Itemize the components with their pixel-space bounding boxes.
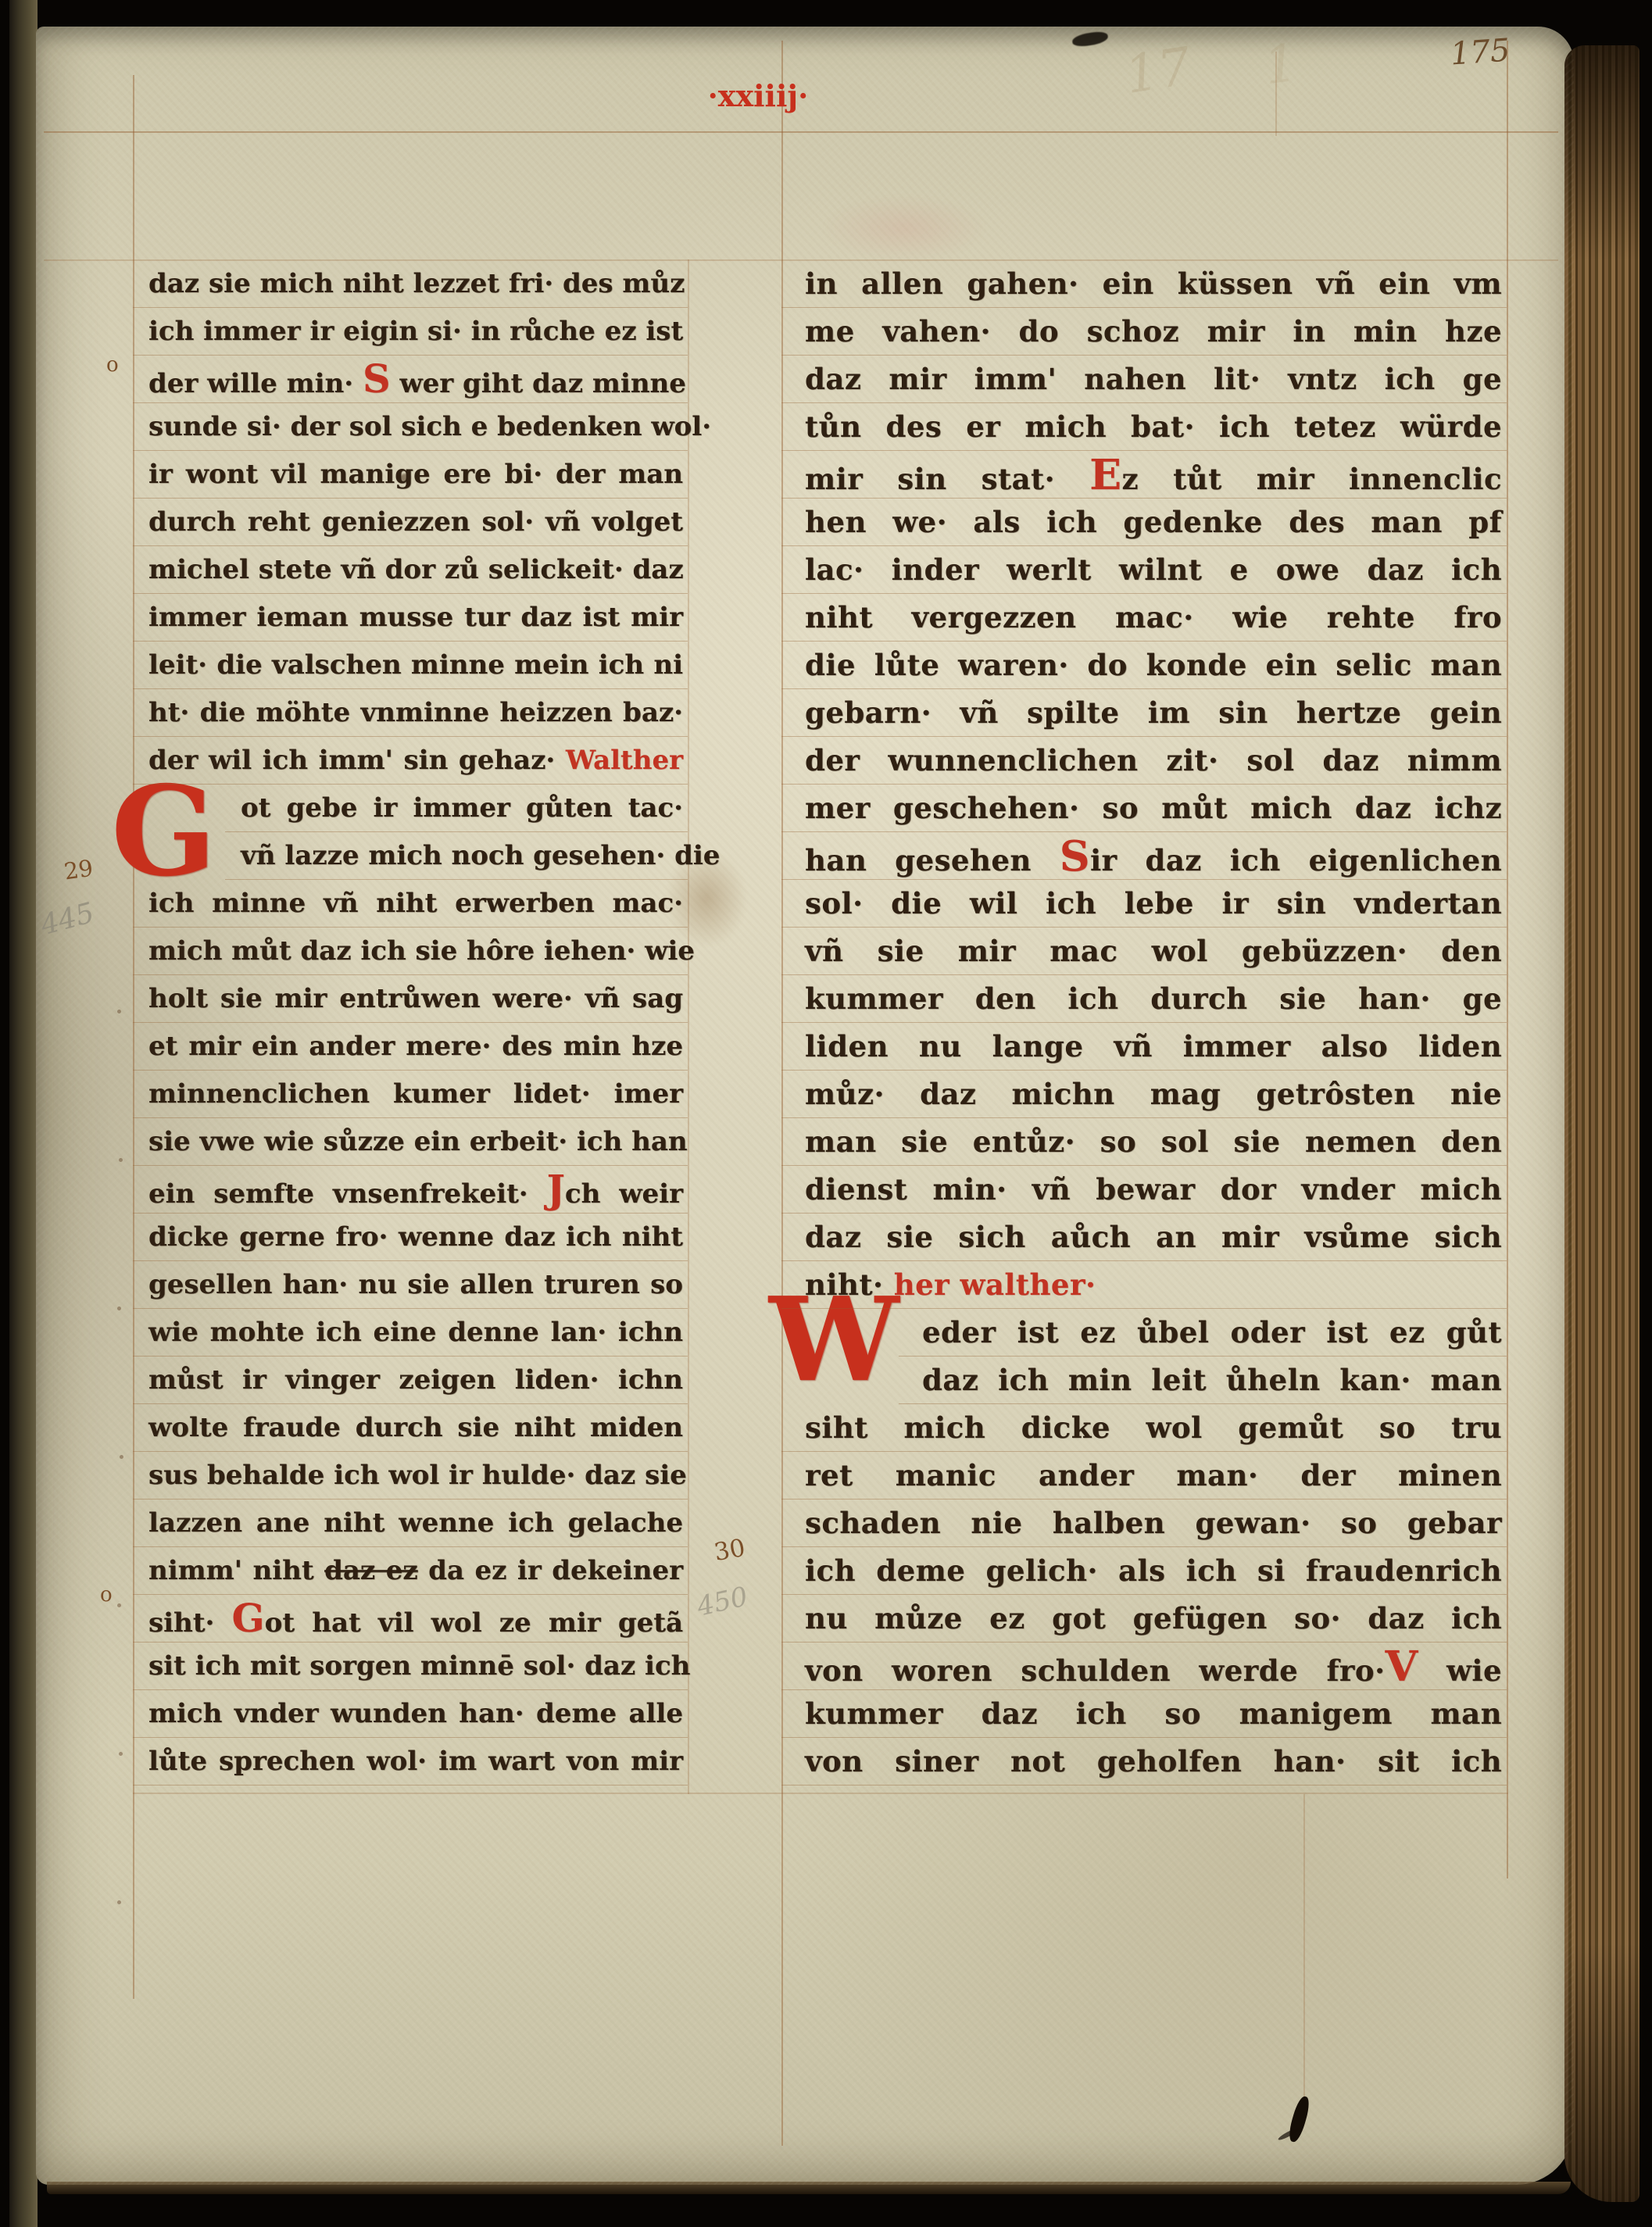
pink-offset-smudge xyxy=(822,195,986,261)
text-segment: die lůte waren· do konde ein selic man xyxy=(805,648,1502,682)
text-segment: mich vnder wunden han· deme alle xyxy=(148,1698,683,1729)
text-line: můz· daz michn mag getrôsten nie xyxy=(781,1071,1507,1118)
text-segment: lazzen ane niht wenne ich gelache xyxy=(148,1507,683,1539)
folio-number: 175 xyxy=(1449,32,1511,72)
text-line: schaden nie halben gewan· so gebar xyxy=(781,1500,1507,1547)
text-line: leit· die valschen minne mein ich ni xyxy=(133,642,688,689)
text-line: der wille min· S wer giht daz minne xyxy=(133,356,688,403)
text-line: durch reht geniezzen sol· vñ volget xyxy=(133,499,688,546)
text-line: siht· Got hat vil wol ze mir getã xyxy=(133,1595,688,1643)
text-segment: vñ lazze mich noch gesehen· die xyxy=(241,840,720,871)
text-line: et mir ein ander mere· des min hze xyxy=(133,1023,688,1071)
text-line: der wil ich imm' sin gehaz· Walther xyxy=(133,737,688,785)
text-segment: vñ sie mir mac wol gebüzzen· den xyxy=(805,934,1502,968)
chapter-heading: ·xxiiij· xyxy=(688,78,828,113)
text-segment: durch reht geniezzen sol· vñ volget xyxy=(148,506,683,538)
text-line: hen we· als ich gedenke des man pf xyxy=(781,499,1507,546)
text-line: sunde si· der sol sich e bedenken wol· xyxy=(133,403,688,451)
text-segment: der wille min· xyxy=(148,368,363,399)
text-segment: liden nu lange vñ immer also liden xyxy=(805,1029,1502,1063)
text-line: daz ich min leit ůheln kan· man xyxy=(899,1357,1507,1404)
text-line: immer ieman musse tur daz ist mir xyxy=(133,594,688,642)
pricking-dot xyxy=(117,1307,121,1310)
text-line: sol· die wil ich lebe ir sin vndertan xyxy=(781,880,1507,928)
text-line: nimm' niht daz ez da ez ir dekeiner xyxy=(133,1547,688,1595)
pricking-dot xyxy=(117,1900,121,1904)
text-segment: der wil ich imm' sin gehaz· xyxy=(148,745,566,776)
text-line: wolte fraude durch sie niht miden xyxy=(133,1404,688,1452)
text-segment: z tůt mir innenclic xyxy=(1122,462,1503,496)
ruling-line-col1-right-vertical xyxy=(688,259,689,1794)
text-line: minnenclichen kumer lidet· imer xyxy=(133,1071,688,1118)
text-line: lazzen ane niht wenne ich gelache xyxy=(133,1500,688,1547)
text-line: mer geschehen· so můt mich daz ichz xyxy=(781,785,1507,832)
text-segment: ich immer ir eigin si· in růche ez ist xyxy=(148,316,683,347)
text-line: mir sin stat· Ez tůt mir innenclic xyxy=(781,451,1507,499)
pricking-dot xyxy=(117,1010,121,1013)
inline-initial: J xyxy=(547,1167,565,1212)
text-line: me vahen· do schoz mir in min hze xyxy=(781,308,1507,356)
text-segment: niht vergezzen mac· wie rehte fro xyxy=(805,600,1502,634)
text-segment: mer geschehen· so můt mich daz ichz xyxy=(805,791,1502,825)
text-segment: niht· xyxy=(805,1267,894,1302)
text-segment: sus behalde ich wol ir hulde· daz sie xyxy=(148,1460,687,1491)
text-segment: ht· die möhte vnminne heizzen baz· xyxy=(148,697,683,728)
text-line: dienst min· vñ bewar dor vnder mich xyxy=(781,1166,1507,1214)
text-line: ich deme gelich· als ich si fraudenrich xyxy=(781,1547,1507,1595)
text-segment: schaden nie halben gewan· so gebar xyxy=(805,1506,1502,1540)
text-segment: wie xyxy=(1418,1653,1502,1688)
text-line: mich vnder wunden han· deme alle xyxy=(133,1690,688,1738)
text-line: dicke gerne fro· wenne daz ich niht xyxy=(133,1214,688,1261)
inline-initial: V xyxy=(1386,1642,1418,1691)
text-line: ich minne vñ niht erwerben mac· xyxy=(133,880,688,928)
text-segment: immer ieman musse tur daz ist mir xyxy=(148,602,683,633)
text-segment: in allen gahen· ein küssen vñ ein vm xyxy=(805,266,1502,301)
ruling-line-top xyxy=(44,131,1558,133)
text-segment: han gesehen xyxy=(805,843,1060,878)
rubric-text: her walther· xyxy=(894,1267,1096,1302)
text-line: sit ich mit sorgen minnē sol· daz ich xyxy=(133,1643,688,1690)
pricking-dot xyxy=(117,1603,121,1607)
text-segment: minnenclichen kumer lidet· imer xyxy=(148,1078,683,1110)
text-segment: ein semfte vnsenfrekeit· xyxy=(148,1178,547,1210)
text-line: michel stete vñ dor zů selickeit· daz xyxy=(133,546,688,594)
text-segment: ich minne vñ niht erwerben mac· xyxy=(148,888,683,919)
ruling-line-lower-fragment xyxy=(1303,1794,1305,2104)
text-segment: kummer daz ich so manigem man xyxy=(805,1696,1502,1731)
inline-initial: S xyxy=(363,356,391,402)
ghost-offset-number: 17 xyxy=(1121,36,1195,105)
text-line: můst ir vinger zeigen liden· ichn xyxy=(133,1357,688,1404)
book-fore-edge xyxy=(1564,45,1639,2202)
rubric-text: Walther xyxy=(566,745,683,776)
text-column-right: in allen gahen· ein küssen vñ ein vmme v… xyxy=(781,260,1507,1786)
page-bottom-edge xyxy=(47,2182,1571,2194)
text-line: sus behalde ich wol ir hulde· daz sie xyxy=(133,1452,688,1500)
text-segment: wer giht daz minne xyxy=(391,368,686,399)
text-line: kummer daz ich so manigem man xyxy=(781,1690,1507,1738)
text-line: kummer den ich durch sie han· ge xyxy=(781,975,1507,1023)
text-segment: nimm' niht xyxy=(148,1555,324,1586)
text-segment: von siner not geholfen han· sit ich xyxy=(805,1744,1502,1778)
margin-strophe-number: 30 xyxy=(712,1534,747,1567)
struck-text: daz ez xyxy=(324,1555,418,1586)
text-segment: tůn des er mich bat· ich tetez würde xyxy=(805,409,1502,444)
text-segment: der wunnenclichen zit· sol daz nimm xyxy=(805,743,1502,777)
manuscript-photo: ·xxiiij· 175 17 1 o 29 445 o 30 450 G W … xyxy=(0,0,1652,2227)
text-line: gebarn· vñ spilte im sin hertze gein xyxy=(781,689,1507,737)
text-segment: ir daz ich eigenlichen xyxy=(1090,843,1502,878)
text-line: die lůte waren· do konde ein selic man xyxy=(781,642,1507,689)
text-segment: wie mohte ich eine denne lan· ichn xyxy=(148,1317,683,1348)
text-line: gesellen han· nu sie allen truren so xyxy=(133,1261,688,1309)
ruling-line-col2-right-vertical xyxy=(1507,41,1508,1878)
text-line: eder ist ez ůbel oder ist ez gůt xyxy=(899,1309,1507,1357)
text-segment: lůte sprechen wol· im wart von mir xyxy=(148,1746,683,1777)
text-segment: gesellen han· nu sie allen truren so xyxy=(148,1269,683,1300)
text-segment: ch weir xyxy=(565,1178,683,1210)
text-line: in allen gahen· ein küssen vñ ein vm xyxy=(781,260,1507,308)
inline-initial: E xyxy=(1089,450,1121,499)
text-line: daz sie sich aůch an mir vsůme sich xyxy=(781,1214,1507,1261)
text-segment: sie vwe wie sůzze ein erbeit· ich han xyxy=(148,1126,688,1157)
text-line: lůte sprechen wol· im wart von mir xyxy=(133,1738,688,1786)
text-segment: michel stete vñ dor zů selickeit· daz xyxy=(148,554,684,585)
text-line: von siner not geholfen han· sit ich xyxy=(781,1738,1507,1786)
text-line: vñ lazze mich noch gesehen· die xyxy=(225,832,688,880)
inline-initial: G xyxy=(232,1596,265,1641)
text-segment: von woren schulden werde fro· xyxy=(805,1653,1386,1688)
text-segment: mich můt daz ich sie hôre iehen· wie xyxy=(148,935,695,967)
text-line: niht vergezzen mac· wie rehte fro xyxy=(781,594,1507,642)
text-segment: daz sie sich aůch an mir vsůme sich xyxy=(805,1220,1502,1254)
text-line: sie vwe wie sůzze ein erbeit· ich han xyxy=(133,1118,688,1166)
text-line: ht· die möhte vnminne heizzen baz· xyxy=(133,689,688,737)
text-segment: mir sin stat· xyxy=(805,462,1089,496)
pricking-dot xyxy=(120,1455,123,1459)
text-line: holt sie mir entrůwen were· vñ sag xyxy=(133,975,688,1023)
text-segment: můst ir vinger zeigen liden· ichn xyxy=(148,1364,683,1396)
text-line: von woren schulden werde fro·V wie xyxy=(781,1643,1507,1690)
text-line: siht mich dicke wol gemůt so tru xyxy=(781,1404,1507,1452)
text-line: ret manic ander man· der minen xyxy=(781,1452,1507,1500)
text-segment: ret manic ander man· der minen xyxy=(805,1458,1502,1492)
text-segment: daz mir imm' nahen lit· vntz ich ge xyxy=(805,362,1502,396)
text-segment: daz ich min leit ůheln kan· man xyxy=(922,1363,1502,1397)
text-line: der wunnenclichen zit· sol daz nimm xyxy=(781,737,1507,785)
text-segment: sit ich mit sorgen minnē sol· daz ich xyxy=(148,1650,690,1682)
text-segment: můz· daz michn mag getrôsten nie xyxy=(805,1077,1502,1111)
text-column-left: daz sie mich niht lezzet fri· des můzich… xyxy=(133,260,688,1786)
text-segment: nu můze ez got gefügen so· daz ich xyxy=(805,1601,1502,1635)
text-segment: dienst min· vñ bewar dor vnder mich xyxy=(805,1172,1502,1206)
text-segment: ich deme gelich· als ich si fraudenrich xyxy=(805,1553,1502,1588)
margin-strophe-number: 29 xyxy=(63,855,95,885)
text-segment: lac· inder werlt wilnt e owe daz ich xyxy=(805,552,1502,587)
margin-paragraph-mark: o xyxy=(106,353,119,377)
text-segment: dicke gerne fro· wenne daz ich niht xyxy=(148,1221,683,1253)
text-line: wie mohte ich eine denne lan· ichn xyxy=(133,1309,688,1357)
text-segment: daz sie mich niht lezzet fri· des můz xyxy=(148,268,685,299)
text-line: tůn des er mich bat· ich tetez würde xyxy=(781,403,1507,451)
text-segment: da ez ir dekeiner xyxy=(418,1555,683,1586)
text-line: daz mir imm' nahen lit· vntz ich ge xyxy=(781,356,1507,403)
text-segment: siht· xyxy=(148,1607,232,1639)
text-line: ein semfte vnsenfrekeit· Jch weir xyxy=(133,1166,688,1214)
text-segment: ot hat vil wol ze mir getã xyxy=(265,1607,683,1639)
text-line: nu můze ez got gefügen so· daz ich xyxy=(781,1595,1507,1643)
text-line: man sie entůz· so sol sie nemen den xyxy=(781,1118,1507,1166)
text-segment: ir wont vil manige ere bi· der man xyxy=(148,459,683,490)
text-line: ir wont vil manige ere bi· der man xyxy=(133,451,688,499)
text-segment: gebarn· vñ spilte im sin hertze gein xyxy=(805,695,1502,730)
text-line: daz sie mich niht lezzet fri· des můz xyxy=(133,260,688,308)
text-segment: sol· die wil ich lebe ir sin vndertan xyxy=(805,886,1502,920)
text-segment: holt sie mir entrůwen were· vñ sag xyxy=(148,983,683,1014)
text-line: niht· her walther· xyxy=(781,1261,1507,1309)
text-segment: me vahen· do schoz mir in min hze xyxy=(805,314,1502,349)
text-segment: man sie entůz· so sol sie nemen den xyxy=(805,1124,1502,1159)
text-line: liden nu lange vñ immer also liden xyxy=(781,1023,1507,1071)
text-segment: leit· die valschen minne mein ich ni xyxy=(148,649,683,681)
pricking-dot xyxy=(119,1158,123,1162)
text-segment: ot gebe ir immer gůten tac· xyxy=(241,792,683,824)
inline-initial: S xyxy=(1060,831,1090,881)
text-segment: kummer den ich durch sie han· ge xyxy=(805,981,1502,1016)
text-line: ot gebe ir immer gůten tac· xyxy=(225,785,688,832)
text-line: lac· inder werlt wilnt e owe daz ich xyxy=(781,546,1507,594)
text-line: ich immer ir eigin si· in růche ez ist xyxy=(133,308,688,356)
pricking-dot xyxy=(119,1752,123,1756)
gutter-page-edge xyxy=(9,0,38,2227)
text-line: vñ sie mir mac wol gebüzzen· den xyxy=(781,928,1507,975)
text-line: mich můt daz ich sie hôre iehen· wie xyxy=(133,928,688,975)
text-segment: et mir ein ander mere· des min hze xyxy=(148,1031,683,1062)
margin-paragraph-mark: o xyxy=(100,1583,113,1607)
text-segment: siht mich dicke wol gemůt so tru xyxy=(805,1410,1502,1445)
text-segment: hen we· als ich gedenke des man pf xyxy=(805,505,1502,539)
text-segment: eder ist ez ůbel oder ist ez gůt xyxy=(922,1315,1502,1349)
text-line: han gesehen Sir daz ich eigenlichen xyxy=(781,832,1507,880)
text-segment: sunde si· der sol sich e bedenken wol· xyxy=(148,411,711,442)
text-segment: wolte fraude durch sie niht miden xyxy=(148,1412,683,1443)
ruling-line-textblock-bottom xyxy=(133,1793,1508,1794)
